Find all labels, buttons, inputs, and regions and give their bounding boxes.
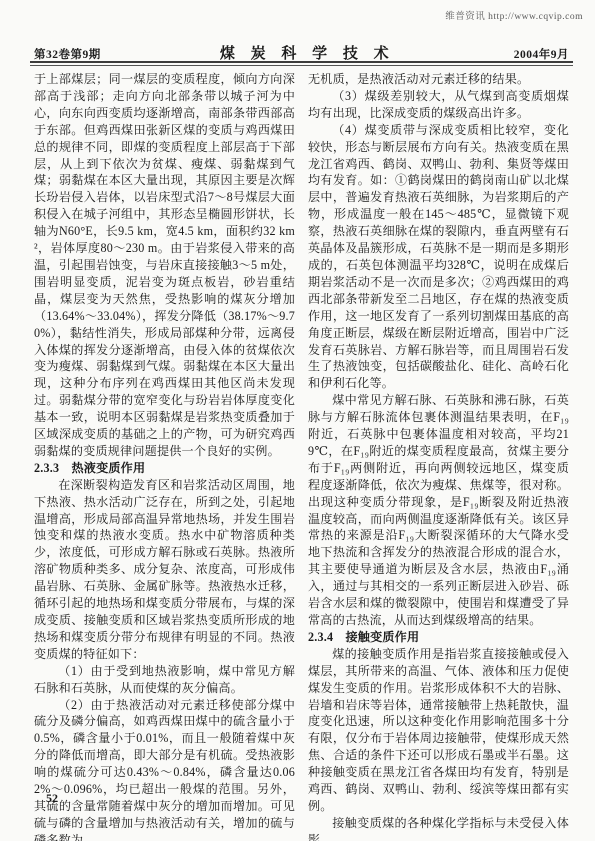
body-columns: 于上部煤层；同一煤层的变质程度，倾向方向深部高于浅部；走向方向北部条带以城子河为…: [34, 71, 569, 841]
body-paragraph: 煤中常见方解石脉、石英脉和沸石脉，石英脉与方解石脉流体包裹体测温结果表明，在F₁…: [308, 392, 569, 629]
page-number: 52: [46, 791, 58, 806]
body-paragraph-item-3: （3）煤级差别较大，从气煤到高变质烟煤均有出现，比深成变质的煤级高出许多。: [308, 88, 569, 122]
body-paragraph-item-2: （2）由于热液活动对元素迁移使部分煤中硫分及磷分偏高，如鸡西煤田煤中的硫含量小于…: [34, 697, 295, 841]
body-paragraph: 在深断裂构造发育区和岩浆活动区周围，地下热液、热水活动广泛存在，所到之处，引起地…: [34, 477, 295, 663]
section-heading-2-3-3: 2.3.3 热液变质作用: [34, 460, 295, 477]
body-paragraph: 煤的接触变质作用是指岩浆直接接触或侵入煤层，其所带来的高温、气体、液体和压力促使…: [308, 646, 569, 815]
body-paragraph-item-4: （4）煤变质带与深成变质相比较窄，变化较快，形态与断层展布方向有关。热液变质在黑…: [308, 122, 569, 393]
body-paragraph-item-1: （1）由于受到地热液影响，煤中常见方解石脉和石英脉，从而使煤的灰分偏高。: [34, 663, 295, 697]
running-head-date: 2004年9月: [514, 46, 569, 62]
body-paragraph-continuation: 接触变质煤的各种煤化学指标与未受侵入体影: [308, 815, 569, 841]
running-head: 第32卷第9期 煤 炭 科 学 技 术 2004年9月: [34, 42, 569, 63]
watermark: 维普资讯 http://www.cqvip.com: [445, 8, 583, 22]
body-paragraph-continuation: 无机质，是热液活动对元素迁移的结果。: [308, 71, 569, 88]
right-column: 无机质，是热液活动对元素迁移的结果。 （3）煤级差别较大，从气煤到高变质烟煤均有…: [308, 71, 569, 841]
left-column: 于上部煤层；同一煤层的变质程度，倾向方向深部高于浅部；走向方向北部条带以城子河为…: [34, 71, 295, 841]
body-paragraph-continuation: 于上部煤层；同一煤层的变质程度，倾向方向深部高于浅部；走向方向北部条带以城子河为…: [34, 71, 295, 460]
journal-title: 煤 炭 科 学 技 术: [220, 42, 395, 63]
journal-page: 维普资讯 http://www.cqvip.com 第32卷第9期 煤 炭 科 …: [0, 0, 595, 841]
running-head-issue: 第32卷第9期: [34, 46, 101, 62]
header-rule: [30, 61, 573, 66]
section-heading-2-3-4: 2.3.4 接触变质作用: [308, 629, 569, 646]
